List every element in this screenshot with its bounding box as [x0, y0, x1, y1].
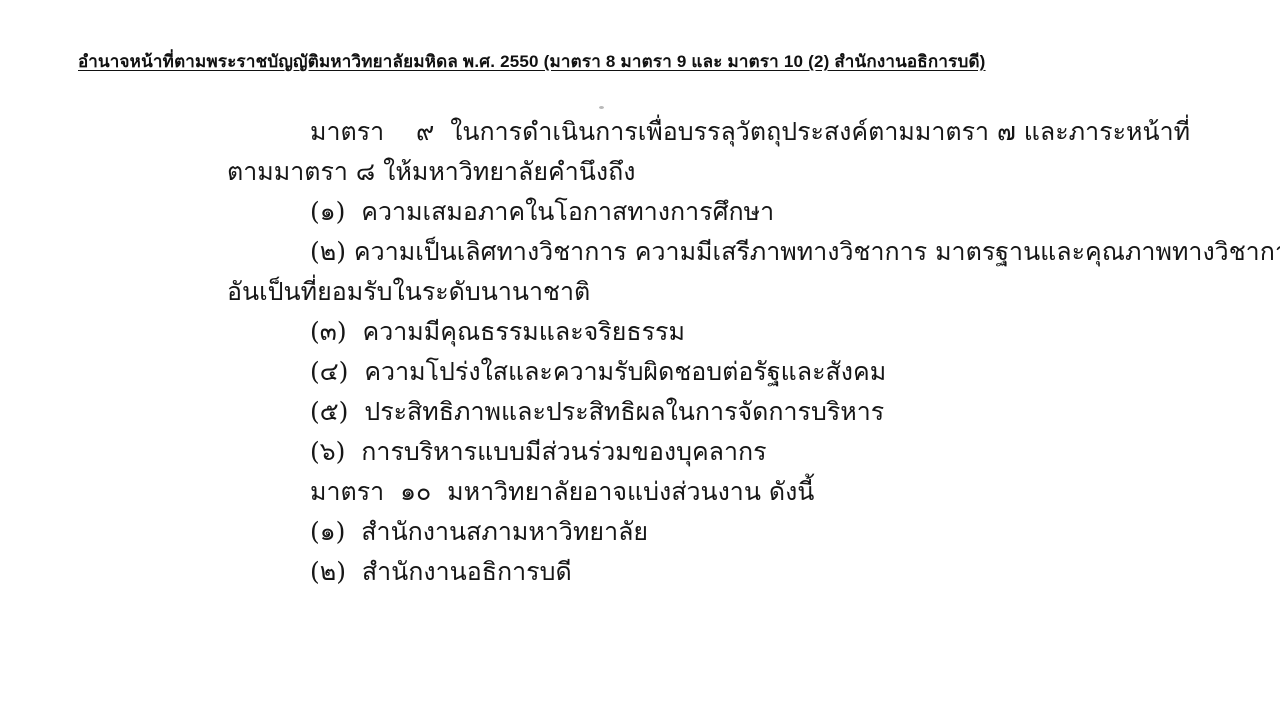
document-line: มาตรา ๙ ในการดำเนินการเพื่อบรรลุวัตถุประ… — [227, 112, 1043, 152]
document-line: (๕) ประสิทธิภาพและประสิทธิผลในการจัดการบ… — [227, 392, 1043, 432]
document-title: อำนาจหน้าที่ตามพระราชบัญญัติมหาวิทยาลัยม… — [78, 48, 986, 75]
document-body: มาตรา ๙ ในการดำเนินการเพื่อบรรลุวัตถุประ… — [227, 112, 1043, 592]
document-line: (๔) ความโปร่งใสและความรับผิดชอบต่อรัฐและ… — [227, 352, 1043, 392]
document-line: (๑) ความเสมอภาคในโอกาสทางการศึกษา — [227, 192, 1043, 232]
document-line: (๓) ความมีคุณธรรมและจริยธรรม — [227, 312, 1043, 352]
document-line: (๒) ความเป็นเลิศทางวิชาการ ความมีเสรีภาพ… — [227, 232, 1043, 272]
document-line: (๖) การบริหารแบบมีส่วนร่วมของบุคลากร — [227, 432, 1043, 472]
document-line: อันเป็นที่ยอมรับในระดับนานาชาติ — [227, 272, 1043, 312]
scan-artifact-dot — [599, 106, 604, 109]
document-line: ตามมาตรา ๘ ให้มหาวิทยาลัยคำนึงถึง — [227, 152, 1043, 192]
document-line: มาตรา ๑๐ มหาวิทยาลัยอาจแบ่งส่วนงาน ดังนี… — [227, 472, 1043, 512]
document-line: (๑) สำนักงานสภามหาวิทยาลัย — [227, 512, 1043, 552]
document-page: อำนาจหน้าที่ตามพระราชบัญญัติมหาวิทยาลัยม… — [0, 0, 1280, 720]
document-line: (๒) สำนักงานอธิการบดี — [227, 552, 1043, 592]
